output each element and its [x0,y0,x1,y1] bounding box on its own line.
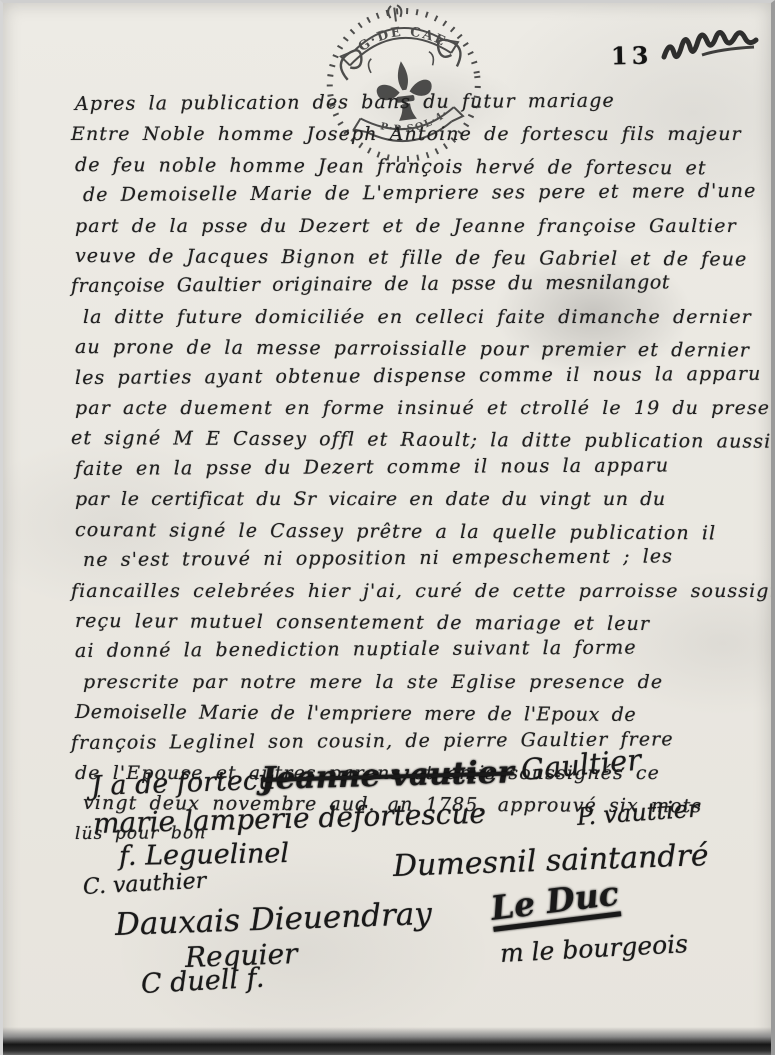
signature: C duell f. [140,963,265,1000]
scanned-page: G·DE CAEN P·P·SOL·4·D 13 Apres la public… [0,0,775,1055]
manuscript-line: les parties ayant obtenue dispense comme… [75,359,723,393]
manuscript-line: faite en la psse du Dezert comme il nous… [75,450,723,484]
scan-bottom-edge [3,1027,771,1055]
signature: m le bourgeois [499,929,688,968]
manuscript-line: Apres la publication des bans du futur m… [75,85,723,119]
signature: Dauxais Dieuendray [114,896,432,943]
signature: Le Duc [489,873,621,927]
manuscript-line: par acte duement en forme insinué et ctr… [75,393,723,423]
page-number: 13 [611,41,653,71]
manuscript-line: de Demoiselle Marie de L'empriere ses pe… [83,176,723,210]
manuscript-line: par le certificat du Sr vicaire en date … [75,484,723,514]
signature: f. Leguelinel [119,838,290,872]
manuscript-line: la ditte future domiciliée en celleci fa… [83,302,723,332]
signature: Jeanne vautier [261,754,515,797]
manuscript-line: ai donné la benediction nuptiale suivant… [75,632,723,666]
manuscript-line: part de la psse du Dezert et de Jeanne f… [75,211,723,241]
stamp-top-text: G·DE CAEN [305,0,450,67]
manuscript-line: françoise Gaultier originaire de la psse… [71,267,723,301]
manuscript-line: ne s'est trouvé ni opposition ni empesch… [83,541,723,575]
manuscript-line: fiancailles celebrées hier j'ai, curé de… [71,576,723,606]
manuscript-line: Entre Noble homme Joseph Antoine de fort… [71,119,723,149]
manuscript-line: prescrite par notre mere la ste Eglise p… [83,667,723,697]
ink-scribble-annotation [658,27,768,67]
svg-text:G·DE CAEN: G·DE CAEN [305,0,450,67]
signature: J a de fortecu [90,765,275,802]
manuscript-body: Apres la publication des bans du futur m… [75,89,723,849]
signature: C. vauthier [82,869,206,900]
